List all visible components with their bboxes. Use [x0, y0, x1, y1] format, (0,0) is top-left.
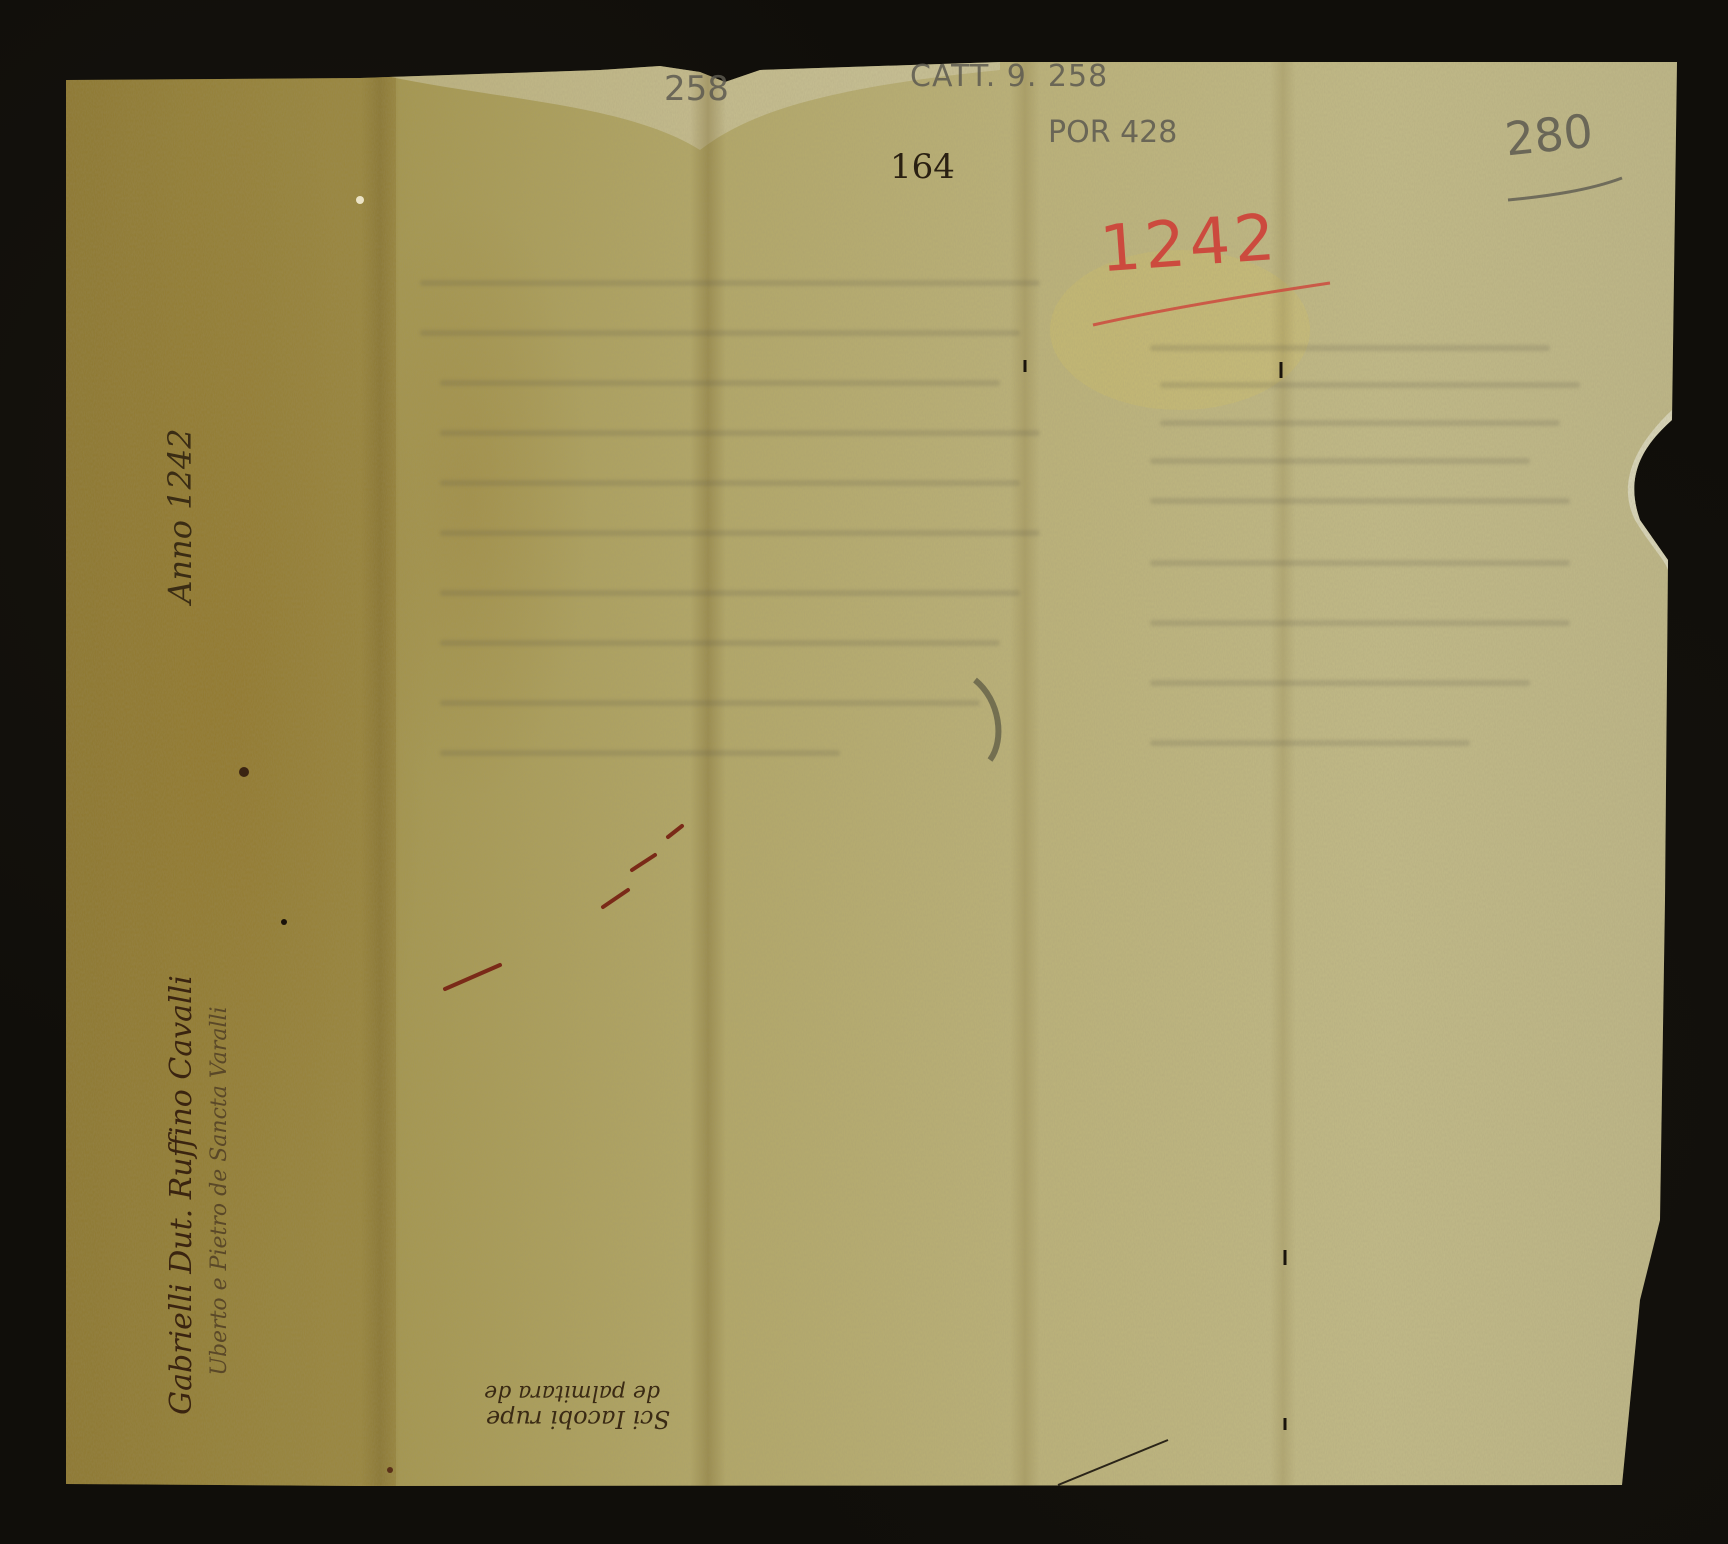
dorsal-note-line-2: de palmitara de [420, 1380, 670, 1405]
corner-number: 280 [1503, 108, 1595, 163]
dorsal-note-line-1: Sci Iacobi rupe [420, 1405, 670, 1433]
red-date-annotation: 1242 [1098, 206, 1281, 282]
left-margin-note-2: Uberto e Pietro de Sancta Varalli [209, 961, 231, 1421]
dorsal-note: Sci Iacobi rupe de palmitara de [420, 1380, 670, 1433]
left-margin-note-1: Gabrielli Dut. Ruffino Cavalli [167, 965, 197, 1425]
folio-number: 164 [890, 150, 955, 184]
vertical-date-note: Anno 1242 [164, 366, 196, 666]
archive-number-top: 258 [664, 72, 729, 106]
catalog-reference: CATT. 9. 258 [910, 62, 1108, 92]
por-reference: POR 428 [1048, 118, 1177, 148]
parchment-sheet [0, 0, 1728, 1544]
